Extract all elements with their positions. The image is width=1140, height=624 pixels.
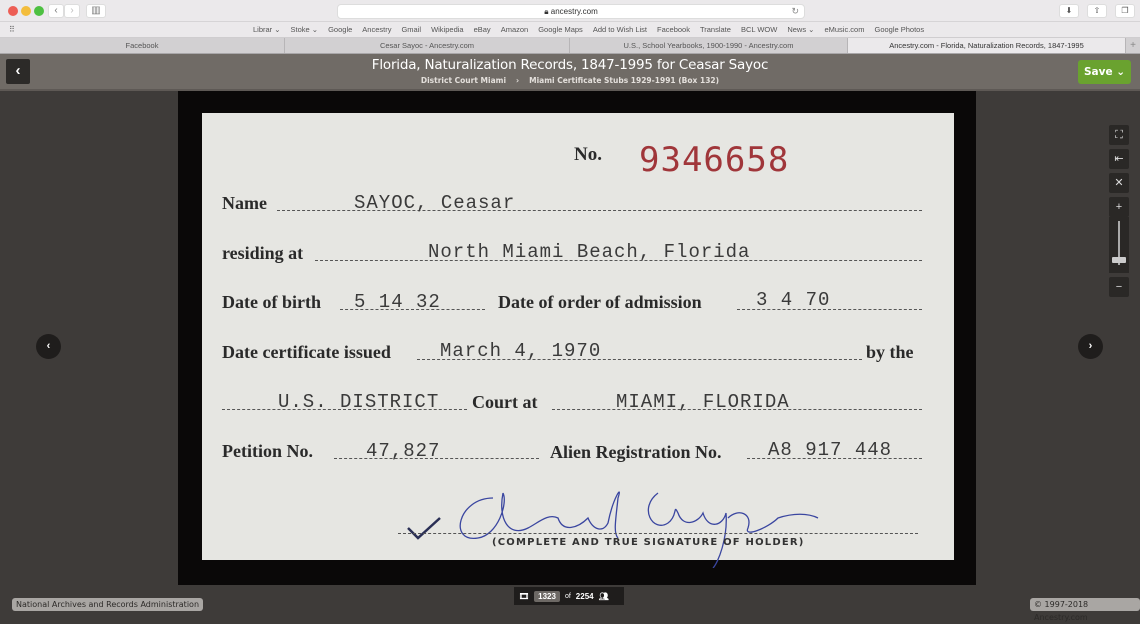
page-title: Florida, Naturalization Records, 1847-19… xyxy=(0,57,1140,73)
browser-titlebar: ‹ › ▥ 🔒︎ ancestry.com ↻ ⬇ ⇧ ❐ xyxy=(0,0,1140,22)
dob-value: 5 14 32 xyxy=(354,291,441,313)
image-viewer[interactable]: ‹ › No. 9346658 Name SAYOC, Ceasar resid… xyxy=(0,91,1140,616)
bookmark-item[interactable]: Add to Wish List xyxy=(593,22,647,38)
grid-icon[interactable]: ⠿ xyxy=(9,25,15,34)
signature-line xyxy=(398,533,918,534)
naturalization-certificate-stub: No. 9346658 Name SAYOC, Ceasar residing … xyxy=(202,113,954,560)
plus-icon: + xyxy=(1130,40,1136,51)
minus-icon: − xyxy=(1116,281,1122,293)
chevron-left-icon: ‹ xyxy=(54,5,57,16)
next-image-button[interactable]: › xyxy=(1078,334,1103,359)
chevron-right-icon: › xyxy=(1089,340,1093,352)
court-location: MIAMI, FLORIDA xyxy=(616,391,790,413)
address-bar[interactable]: 🔒︎ ancestry.com ↻ xyxy=(337,4,805,19)
bookmark-item[interactable]: BCL WOW xyxy=(741,22,777,38)
fullscreen-button[interactable]: ⛶ xyxy=(1109,125,1129,145)
bookmark-item[interactable]: News ⌄ xyxy=(787,22,814,38)
signature-icon xyxy=(398,458,838,568)
by-the-label: by the xyxy=(866,342,914,363)
dob-label: Date of birth xyxy=(222,292,321,313)
admission-value: 3 4 70 xyxy=(756,289,830,311)
reload-icon[interactable]: ↻ xyxy=(791,5,799,18)
residing-label: residing at xyxy=(222,243,303,264)
number-label: No. xyxy=(574,144,602,166)
bookmark-item[interactable]: eBay xyxy=(474,22,491,38)
chevron-right-icon: › xyxy=(70,5,73,16)
image-pager: 🎞︎ 1323 of 2254 👥︎ xyxy=(514,587,624,605)
bookmark-list: Librar ⌄ Stoke ⌄ Google Ancestry Gmail W… xyxy=(253,22,934,38)
collapse-panel-button[interactable]: ⇤ xyxy=(1109,149,1129,169)
tab-cesar-sayoc[interactable]: Cesar Sayoc - Ancestry.com xyxy=(285,38,570,53)
tab-school-yearbooks[interactable]: U.S., School Yearbooks, 1900-1990 - Ance… xyxy=(570,38,848,53)
record-image[interactable]: No. 9346658 Name SAYOC, Ceasar residing … xyxy=(178,91,976,585)
bookmark-item[interactable]: Facebook xyxy=(657,22,690,38)
zoom-slider[interactable] xyxy=(1109,217,1129,273)
bookmark-item[interactable]: Amazon xyxy=(501,22,529,38)
browser-back-button[interactable]: ‹ xyxy=(48,4,64,18)
minimize-window-button[interactable] xyxy=(21,6,31,16)
petition-label: Petition No. xyxy=(222,441,313,462)
bookmark-item[interactable]: Translate xyxy=(700,22,731,38)
bookmark-item[interactable]: Google Photos xyxy=(874,22,924,38)
breadcrumb-item[interactable]: Miami Certificate Stubs 1929-1991 (Box 1… xyxy=(529,76,719,85)
tab-facebook[interactable]: Facebook xyxy=(0,38,285,53)
tabs-overview-button[interactable]: ❐ xyxy=(1115,4,1135,18)
name-label: Name xyxy=(222,193,267,214)
chevron-left-icon: ‹ xyxy=(47,340,51,352)
breadcrumb: District Court Miami›Miami Certificate S… xyxy=(0,76,1140,85)
save-button[interactable]: Save ⌄ xyxy=(1078,60,1131,84)
certificate-number: 9346658 xyxy=(639,140,789,180)
tabs-icon: ❐ xyxy=(1121,6,1128,15)
current-page-input[interactable]: 1323 xyxy=(534,591,560,602)
bookmark-item[interactable]: Google Maps xyxy=(538,22,583,38)
arrow-to-left-icon: ⇤ xyxy=(1114,153,1123,165)
residing-value: North Miami Beach, Florida xyxy=(428,241,750,263)
download-icon: ⬇ xyxy=(1066,6,1073,15)
viewer-toolbar: ⛶ ⇤ ✕ + − xyxy=(1109,125,1129,301)
bookmark-item[interactable]: Librar ⌄ xyxy=(253,22,281,38)
browser-forward-button[interactable]: › xyxy=(64,4,80,18)
admission-label: Date of order of admission xyxy=(498,292,702,313)
tools-button[interactable]: ✕ xyxy=(1109,173,1129,193)
chevron-down-icon: ⌄ xyxy=(1116,66,1125,78)
save-label: Save xyxy=(1084,66,1113,78)
court-at-label: Court at xyxy=(472,392,538,413)
maximize-window-button[interactable] xyxy=(34,6,44,16)
signature-caption: (COMPLETE AND TRUE SIGNATURE OF HOLDER) xyxy=(492,537,805,548)
tools-icon: ✕ xyxy=(1114,177,1123,189)
bookmark-item[interactable]: Wikipedia xyxy=(431,22,464,38)
bookmark-item[interactable]: Ancestry xyxy=(362,22,391,38)
downloads-button[interactable]: ⬇ xyxy=(1059,4,1079,18)
url-text: ancestry.com xyxy=(551,7,598,16)
close-window-button[interactable] xyxy=(8,6,18,16)
record-header: ‹ Florida, Naturalization Records, 1847-… xyxy=(0,54,1140,91)
bookmark-item[interactable]: Stoke ⌄ xyxy=(291,22,319,38)
share-icon: ⇧ xyxy=(1094,6,1101,15)
sidebar-icon: ▥ xyxy=(91,5,100,16)
previous-image-button[interactable]: ‹ xyxy=(36,334,61,359)
total-pages: 2254 xyxy=(576,592,594,601)
source-credit: National Archives and Records Administra… xyxy=(12,598,203,611)
fullscreen-icon: ⛶ xyxy=(1115,129,1123,141)
plus-icon: + xyxy=(1116,201,1122,213)
breadcrumb-item[interactable]: District Court Miami xyxy=(421,76,506,85)
zoom-out-button[interactable]: − xyxy=(1109,277,1129,297)
tab-naturalization-records[interactable]: Ancestry.com - Florida, Naturalization R… xyxy=(848,38,1126,53)
zoom-in-button[interactable]: + xyxy=(1109,197,1129,217)
issued-value: March 4, 1970 xyxy=(440,340,601,362)
share-button[interactable]: ⇧ xyxy=(1087,4,1107,18)
bookmark-item[interactable]: Google xyxy=(328,22,352,38)
bookmark-item[interactable]: eMusic.com xyxy=(824,22,864,38)
filmstrip-icon[interactable]: 🎞︎ xyxy=(519,592,529,601)
of-label: of xyxy=(565,593,571,600)
zoom-slider-thumb[interactable] xyxy=(1112,257,1126,263)
court-value: U.S. DISTRICT xyxy=(278,391,439,413)
issued-label: Date certificate issued xyxy=(222,342,391,363)
people-icon[interactable]: 👥︎ xyxy=(599,592,609,601)
copyright: © 1997-2018 Ancestry.com xyxy=(1030,598,1140,611)
breadcrumb-separator: › xyxy=(516,76,519,85)
bookmark-item[interactable]: Gmail xyxy=(401,22,421,38)
sidebar-toggle-button[interactable]: ▥ xyxy=(86,4,106,18)
name-value: SAYOC, Ceasar xyxy=(354,192,515,214)
new-tab-button[interactable]: + xyxy=(1126,38,1140,53)
bookmarks-bar: ⠿ Librar ⌄ Stoke ⌄ Google Ancestry Gmail… xyxy=(0,22,1140,38)
browser-tabs: Facebook Cesar Sayoc - Ancestry.com U.S.… xyxy=(0,38,1140,54)
